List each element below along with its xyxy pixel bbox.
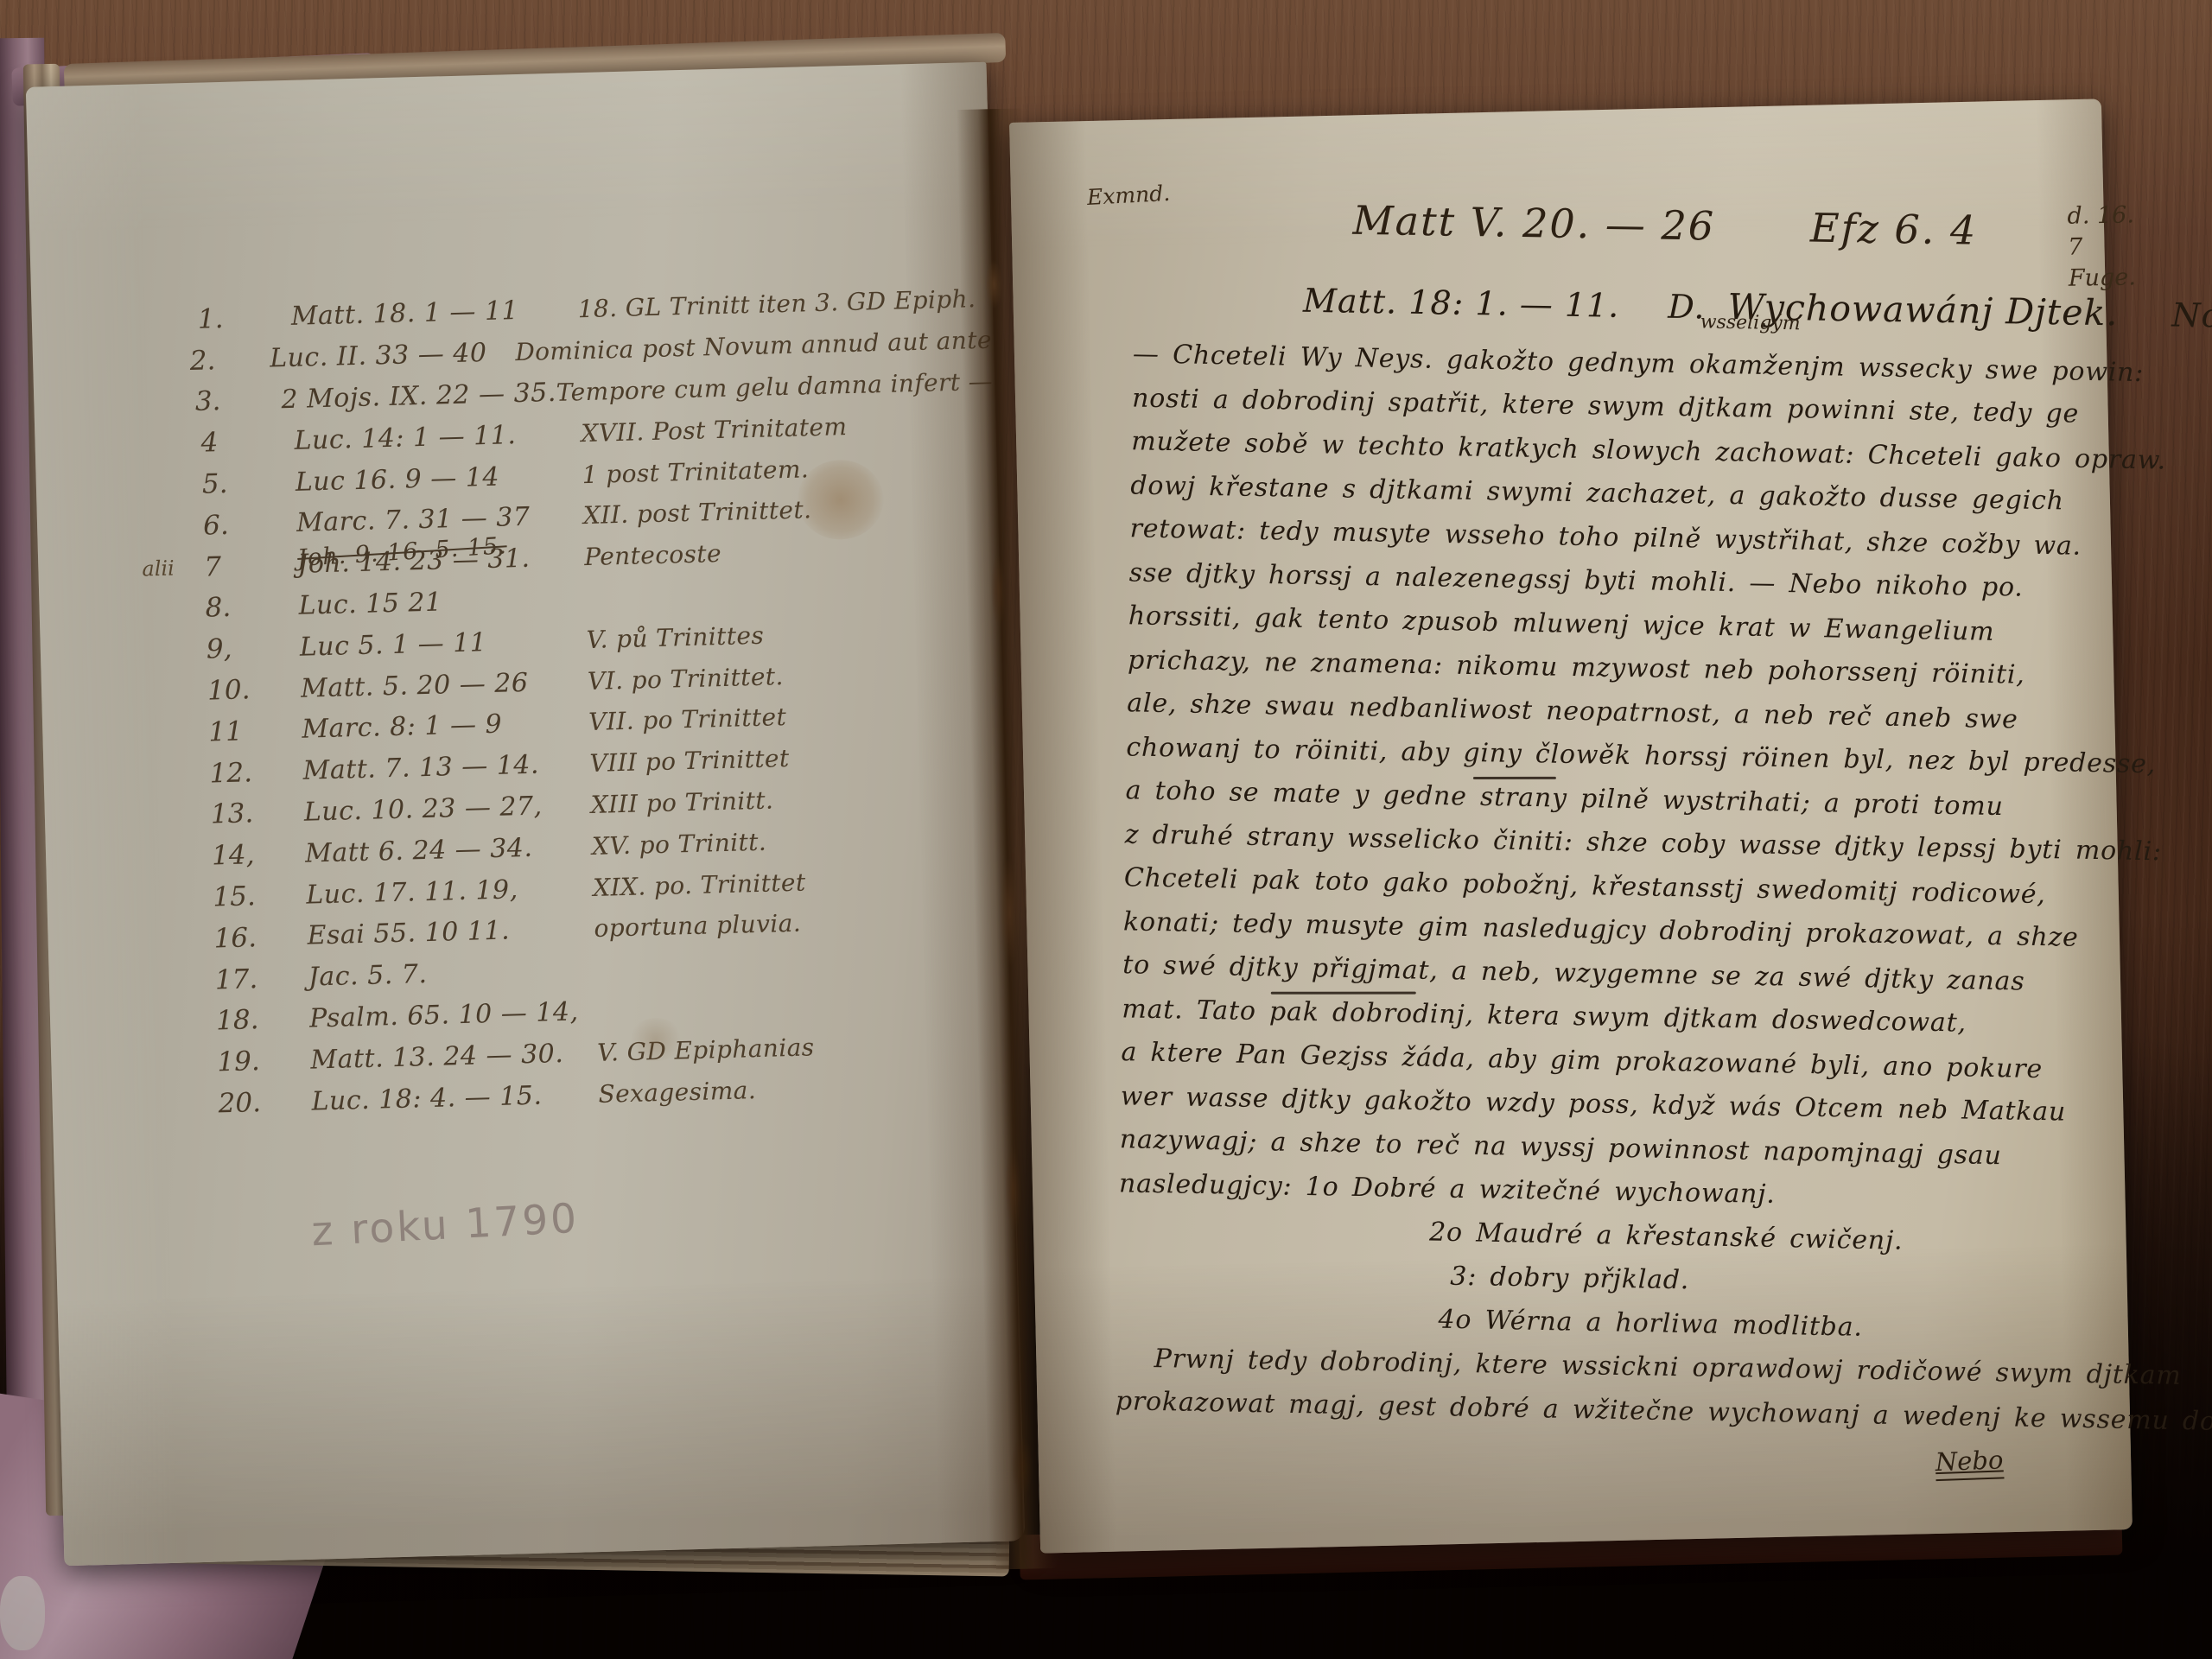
row-scripture-reference: Luc. 10. 23 — 27, xyxy=(303,790,591,828)
row-margin-note xyxy=(154,1021,216,1023)
row-scripture-reference: Luc. 17. 11. 19, xyxy=(306,873,594,911)
row-margin-note: alii xyxy=(142,555,205,581)
row-scripture-reference: Matt. 7. 13 — 14. xyxy=(302,748,590,786)
row-scripture-reference: Psalm. 65. 10 — 14, xyxy=(309,996,597,1034)
row-margin-note xyxy=(136,320,198,321)
row-number: 12. xyxy=(209,755,303,789)
row-number: 7 xyxy=(204,549,298,582)
row-margin-note xyxy=(141,526,203,528)
row-liturgical-note: VIII po Trinittet xyxy=(589,739,1003,779)
row-scripture-reference: Jac. 5. 7. xyxy=(308,955,595,993)
row-margin-note xyxy=(149,815,211,817)
row-scripture-reference: Luc. 14: 1 — 11. xyxy=(294,418,582,456)
corner-note-word: Fuge. xyxy=(2069,262,2137,294)
row-scripture-reference: Luc. 15 21 xyxy=(298,583,586,621)
title-number: No 1 xyxy=(2171,296,2212,335)
row-margin-note xyxy=(137,361,190,363)
pencil-year-note: z roku 1790 xyxy=(310,1195,580,1256)
row-number: 9, xyxy=(206,632,300,665)
row-scripture-reference: Luc 5. 1 — 11 xyxy=(299,625,587,663)
row-liturgical-note: VII. po Trinittet xyxy=(588,697,1002,737)
row-liturgical-note: VI. po Trinittet. xyxy=(588,656,1001,696)
manuscript-photo: 1. Matt. 18. 1 — 11 18. GL Trinitt iten … xyxy=(0,0,2212,1659)
row-liturgical-note: oportuna pluvia. xyxy=(594,904,1007,944)
row-margin-note xyxy=(153,980,215,982)
row-margin-note xyxy=(155,1063,217,1065)
row-liturgical-note: XV. po Trinitt. xyxy=(592,821,1006,861)
corner-note-date: d. 16. 7 xyxy=(2067,200,2135,263)
row-liturgical-note: XIX. po. Trinittet xyxy=(593,862,1007,902)
row-liturgical-note: XIII po Trinitt. xyxy=(590,779,1004,819)
cover-paper-sliver xyxy=(0,1576,45,1650)
row-margin-note xyxy=(146,732,208,734)
row-number: 3. xyxy=(194,385,282,418)
row-number: 16. xyxy=(213,921,308,955)
row-number: 19. xyxy=(217,1045,311,1078)
row-liturgical-note: 1 post Trinitatem. xyxy=(582,449,995,489)
pericope-list: 1. Matt. 18. 1 — 11 18. GL Trinitt iten … xyxy=(135,278,1012,1127)
row-scripture-reference: Matt. 5. 20 — 26 xyxy=(301,666,588,704)
row-margin-note xyxy=(139,443,201,445)
row-margin-note xyxy=(152,938,214,940)
row-liturgical-note: Pentecoste xyxy=(584,532,998,572)
row-scripture-reference: Marc. 8: 1 — 9 xyxy=(302,707,589,745)
underline-mark xyxy=(1271,992,1416,995)
row-margin-note xyxy=(145,691,207,693)
row-liturgical-note: 18. GL Trinitt iten 3. GD Epiph. xyxy=(577,284,991,324)
row-liturgical-note xyxy=(585,588,998,599)
row-margin-note xyxy=(144,650,207,652)
row-liturgical-note xyxy=(596,1001,1009,1012)
row-liturgical-note: Dominica post Novum annud aut ante xyxy=(515,326,992,366)
sermon-body: — Chceteli Wy Neys. gakožto gednym okamž… xyxy=(1115,334,2161,1441)
row-scripture-reference: Marc. 7. 31 — 37 xyxy=(296,501,584,539)
row-number: 10. xyxy=(207,673,302,707)
row-margin-note xyxy=(150,898,213,899)
header-reference-right: Efz 6. 4 xyxy=(1810,205,1978,254)
row-scripture-reference: Luc. 18: 4. — 15. xyxy=(311,1078,599,1116)
row-number: 5. xyxy=(201,467,296,500)
row-margin-note xyxy=(137,402,194,404)
row-scripture-reference: Esai 55. 10 11. xyxy=(307,913,594,951)
row-liturgical-note: Sexagesima. xyxy=(598,1069,1012,1109)
right-page: Exmnd. Matt V. 20. — 26 Efz 6. 4 d. 16. … xyxy=(1009,99,2133,1553)
row-number: 17. xyxy=(214,962,308,995)
row-liturgical-note xyxy=(595,959,1008,970)
row-scripture-reference: Matt 6. 24 — 34. xyxy=(305,831,593,869)
corner-note: d. 16. 7 Fuge. xyxy=(2067,200,2136,294)
row-number: 6. xyxy=(203,508,297,542)
row-liturgical-note: Tempore cum gelu damna infert — xyxy=(556,367,993,407)
row-number: 8. xyxy=(205,590,299,624)
spine-margin-word: Exmnd. xyxy=(1086,181,1171,210)
row-liturgical-note: XII. post Trinittet. xyxy=(583,491,997,531)
row-number: 15. xyxy=(213,880,307,913)
row-number: 2. xyxy=(189,343,270,376)
row-margin-note xyxy=(156,1103,219,1105)
catchword: Nebo xyxy=(1935,1445,2004,1481)
row-margin-note xyxy=(148,773,210,775)
row-scripture-reference: 2 Mojs. IX. 22 — 35. xyxy=(281,378,556,415)
row-liturgical-note: XVII. Post Trinitatem xyxy=(581,408,995,448)
title-scripture-reference: Matt. 18: 1. — 11. xyxy=(1303,282,1620,325)
row-liturgical-note: V. pů Trinittes xyxy=(586,614,1000,654)
row-number: 11 xyxy=(208,715,302,748)
row-number: 20. xyxy=(218,1086,312,1120)
right-page-text-block: Exmnd. Matt V. 20. — 26 Efz 6. 4 d. 16. … xyxy=(1013,102,2128,1551)
left-page: 1. Matt. 18. 1 — 11 18. GL Trinitt iten … xyxy=(26,62,1025,1567)
row-number: 18. xyxy=(216,1003,310,1037)
page-header: Matt V. 20. — 26 Efz 6. 4 xyxy=(1352,197,1978,254)
interlinear-correction: wsseligým xyxy=(1700,311,1800,334)
row-number: 4 xyxy=(200,425,295,459)
underline-mark xyxy=(1473,777,1556,779)
header-reference-left: Matt V. 20. — 26 xyxy=(1352,197,1715,250)
row-number: 1. xyxy=(197,302,291,335)
row-scripture-reference: Matt. 13. 24 — 30. xyxy=(310,1038,598,1076)
row-scripture-reference: Luc. II. 33 — 40 xyxy=(270,337,516,373)
row-number: 13. xyxy=(210,797,304,830)
row-margin-note xyxy=(143,608,206,610)
row-number: 14, xyxy=(212,838,306,872)
row-scripture-reference: Luc 16. 9 — 14 xyxy=(295,460,582,498)
row-margin-note xyxy=(140,485,202,486)
row-margin-note xyxy=(149,856,212,858)
row-scripture-reference: Matt. 18. 1 — 11 xyxy=(290,295,578,333)
